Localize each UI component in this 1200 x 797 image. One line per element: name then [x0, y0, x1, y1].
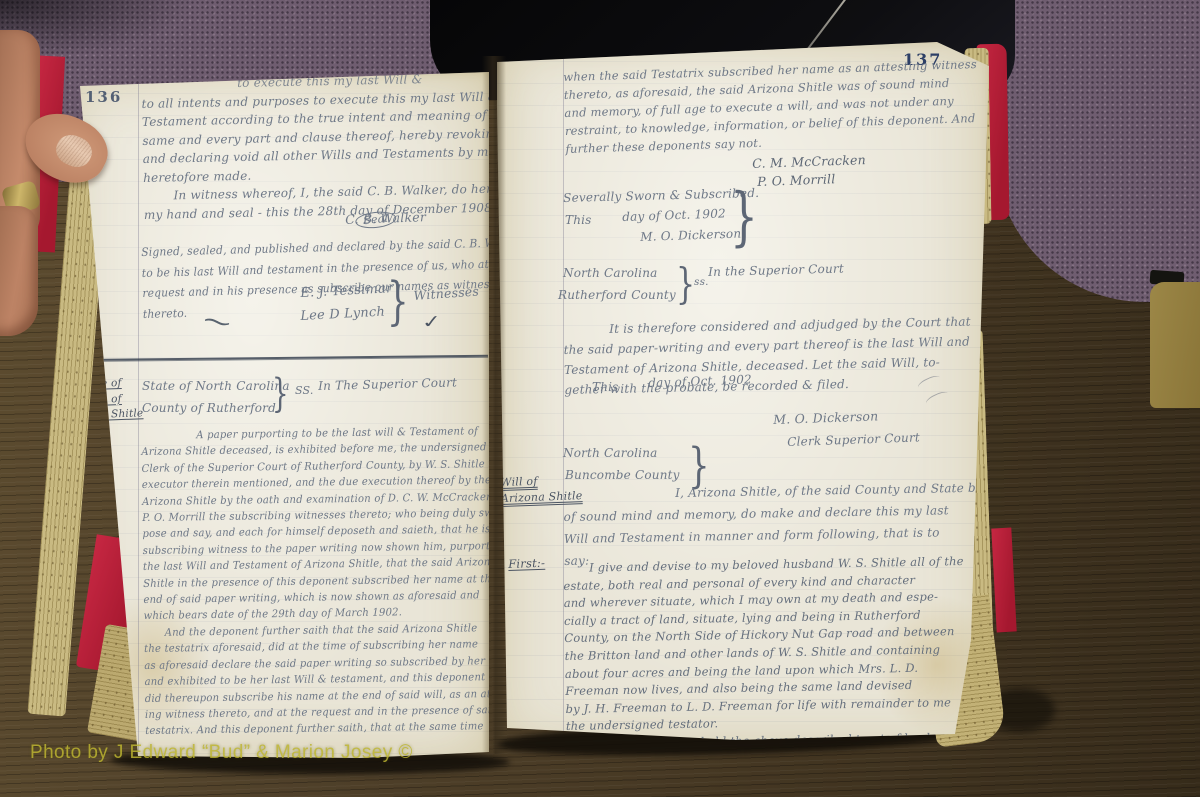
caption-state: North Carolina — [563, 266, 657, 280]
caption-court: In the Superior Court — [708, 261, 844, 279]
right-page: 137 when the said Testatrix subscribed h… — [497, 40, 989, 752]
probate-body: A paper purporting to be the last will &… — [141, 422, 540, 739]
witness-brace: } — [387, 272, 409, 332]
will-body: I give and devise to my beloved husband … — [563, 553, 967, 753]
jurat-date: day of Oct. 1902 — [622, 206, 726, 224]
caption-brace: } — [676, 260, 695, 309]
first-item-label: First:- — [508, 556, 545, 571]
order-this: This — [592, 380, 619, 394]
clerk-title: Clerk Superior Court — [787, 430, 920, 449]
jurat-brace: } — [730, 180, 758, 254]
caption-county: County of Rutherford — [142, 401, 276, 415]
book-gutter-shadow — [482, 56, 506, 754]
jurat-this: This — [565, 213, 592, 227]
section-divider-line — [64, 355, 488, 362]
clerk-signature: M. O. Dickerson — [773, 408, 879, 427]
caption-brace: } — [272, 372, 289, 417]
witness-signature: Lee D Lynch — [300, 305, 385, 324]
probate-continuation: when the said Testatrix subscribed her n… — [563, 55, 979, 158]
finger — [0, 206, 38, 336]
caption-court: In The Superior Court — [318, 375, 457, 393]
witness-signature: P. O. Morrill — [757, 171, 836, 189]
caption-county: Rutherford County — [558, 288, 676, 302]
photo-scene: 136 to execute this my last Will &to all… — [0, 0, 1200, 797]
caption-state: North Carolina — [563, 446, 657, 460]
caption-state: State of North Carolina — [142, 379, 290, 393]
tan-object — [1150, 282, 1200, 408]
caption-county: Buncombe County — [565, 468, 680, 482]
witness-signature: C. M. McCracken — [752, 152, 866, 171]
photographer-watermark: Photo by J Edward “Bud” & Marion Josey © — [30, 742, 413, 764]
check-mark: ✓ — [420, 310, 443, 333]
caption-ss: SS. — [295, 384, 314, 397]
caption-ss: ss. — [694, 276, 709, 288]
walker-signature: C. B. WalkerSeal — [345, 210, 396, 229]
page-number-left: 136 — [85, 88, 122, 106]
clerk-signature: M. O. Dickerson — [640, 226, 742, 244]
court-order-body: It is therefore considered and adjudged … — [563, 311, 972, 400]
